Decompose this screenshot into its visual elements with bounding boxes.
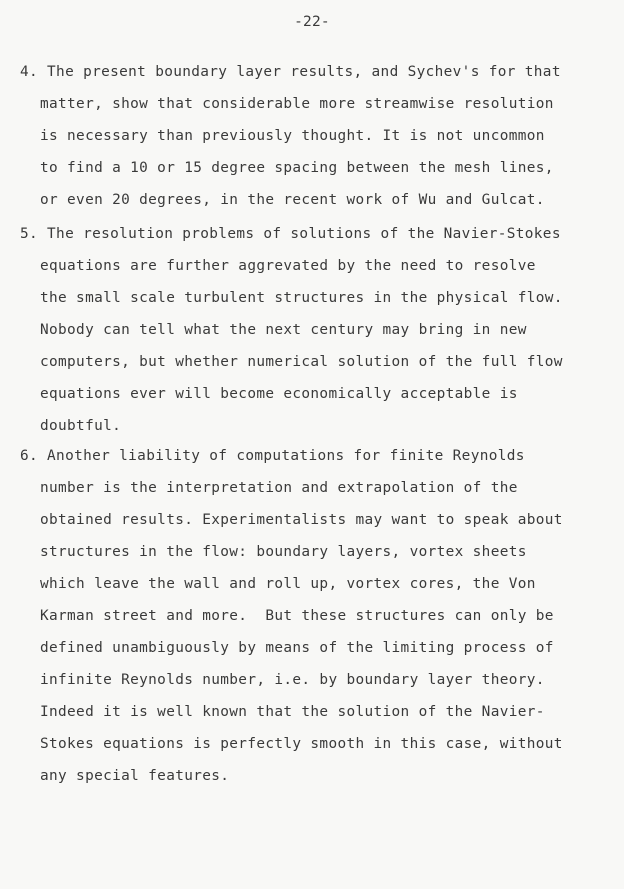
line-text: Another liability of computations for fi…	[47, 448, 525, 464]
item-5-line-7: doubtful.	[20, 410, 610, 442]
item-6-line-8: infinite Reynolds number, i.e. by bounda…	[20, 664, 610, 696]
item-4-line-5: or even 20 degrees, in the recent work o…	[20, 184, 610, 216]
item-5-line-5: computers, but whether numerical solutio…	[20, 346, 610, 378]
item-number: 5.	[20, 226, 38, 242]
list-item-4: 4. The present boundary layer results, a…	[20, 56, 610, 216]
item-6-line-4: structures in the flow: boundary layers,…	[20, 536, 610, 568]
item-6-line-10: Stokes equations is perfectly smooth in …	[20, 728, 610, 760]
line-text: The resolution problems of solutions of …	[47, 226, 561, 242]
line-text: The present boundary layer results, and …	[47, 64, 561, 80]
item-4-line-2: matter, show that considerable more stre…	[20, 88, 610, 120]
item-4-line-4: to find a 10 or 15 degree spacing betwee…	[20, 152, 610, 184]
item-number: 4.	[20, 64, 38, 80]
item-6-line-5: which leave the wall and roll up, vortex…	[20, 568, 610, 600]
item-4-line-3: is necessary than previously thought. It…	[20, 120, 610, 152]
page-number: -22-	[0, 14, 624, 30]
list-item-6: 6. Another liability of computations for…	[20, 440, 610, 792]
item-6-line-1: 6. Another liability of computations for…	[20, 440, 610, 472]
item-5-line-6: equations ever will become economically …	[20, 378, 610, 410]
item-4-line-1: 4. The present boundary layer results, a…	[20, 56, 610, 88]
item-5-line-1: 5. The resolution problems of solutions …	[20, 218, 610, 250]
item-5-line-4: Nobody can tell what the next century ma…	[20, 314, 610, 346]
item-6-line-7: defined unambiguously by means of the li…	[20, 632, 610, 664]
document-page: -22- 4. The present boundary layer resul…	[0, 0, 624, 889]
item-5-line-3: the small scale turbulent structures in …	[20, 282, 610, 314]
item-6-line-11: any special features.	[20, 760, 610, 792]
item-6-line-2: number is the interpretation and extrapo…	[20, 472, 610, 504]
list-item-5: 5. The resolution problems of solutions …	[20, 218, 610, 442]
item-6-line-3: obtained results. Experimentalists may w…	[20, 504, 610, 536]
item-6-line-9: Indeed it is well known that the solutio…	[20, 696, 610, 728]
item-number: 6.	[20, 448, 38, 464]
item-5-line-2: equations are further aggrevated by the …	[20, 250, 610, 282]
item-6-line-6: Karman street and more. But these struct…	[20, 600, 610, 632]
